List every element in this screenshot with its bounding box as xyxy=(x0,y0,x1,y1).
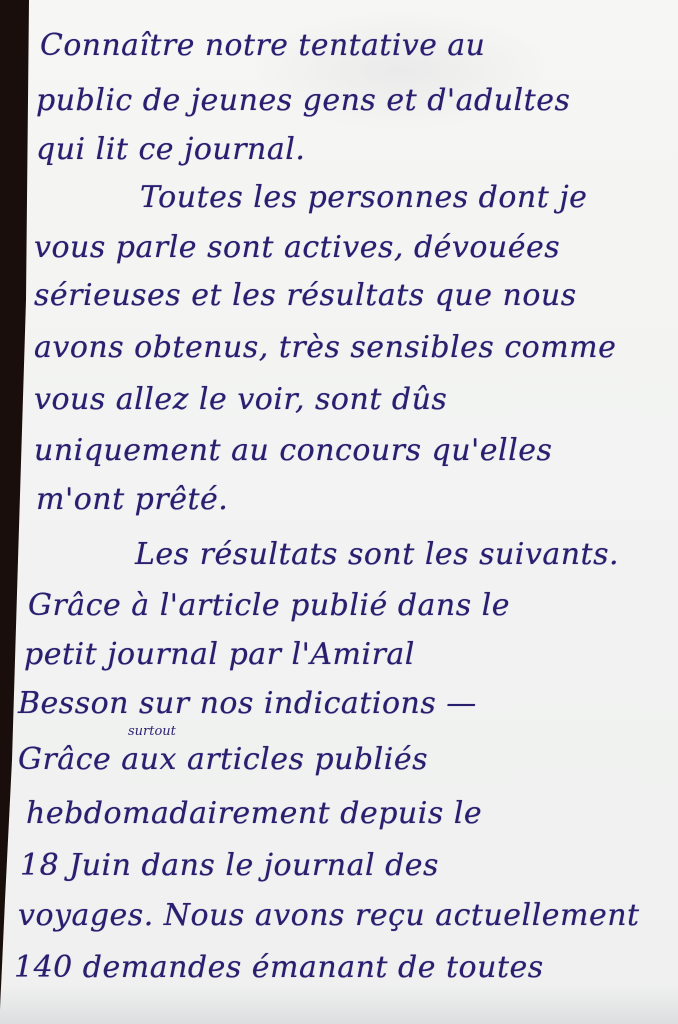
handwritten-line-6: sérieuses et les résultats que nous xyxy=(34,278,577,313)
handwritten-line-12: Grâce à l'article publié dans le xyxy=(28,588,510,623)
handwritten-line-19: 140 demandes émanant de toutes xyxy=(14,950,544,985)
letter-page: Connaître notre tentative au public de j… xyxy=(0,0,678,1024)
handwritten-line-18: voyages. Nous avons reçu actuellement xyxy=(18,898,640,933)
handwritten-line-13: petit journal par l'Amiral xyxy=(24,637,415,672)
handwritten-line-17: 18 Juin dans le journal des xyxy=(20,848,439,883)
handwritten-line-2: public de jeunes gens et d'adultes xyxy=(36,83,570,118)
handwritten-line-16: hebdomadairement depuis le xyxy=(26,796,482,831)
handwritten-line-4: Toutes les personnes dont je xyxy=(140,180,587,215)
interlinear-insertion: surtout xyxy=(128,724,176,739)
handwritten-line-7: avons obtenus, très sensibles comme xyxy=(34,330,616,365)
handwritten-line-3: qui lit ce journal. xyxy=(36,132,305,167)
handwritten-line-11: Les résultats sont les suivants. xyxy=(135,537,619,572)
handwritten-line-9: uniquement au concours qu'elles xyxy=(34,433,552,468)
handwritten-line-15: Grâce aux articles publiés xyxy=(18,742,428,777)
page-bottom-shadow xyxy=(0,985,678,1024)
handwritten-line-8: vous allez le voir, sont dûs xyxy=(34,382,447,417)
handwritten-line-5: vous parle sont actives, dévouées xyxy=(34,230,560,265)
handwritten-line-10: m'ont prêté. xyxy=(36,482,228,517)
handwritten-line-1: Connaître notre tentative au xyxy=(40,28,666,63)
handwritten-line-14: Besson sur nos indications — xyxy=(18,686,477,721)
